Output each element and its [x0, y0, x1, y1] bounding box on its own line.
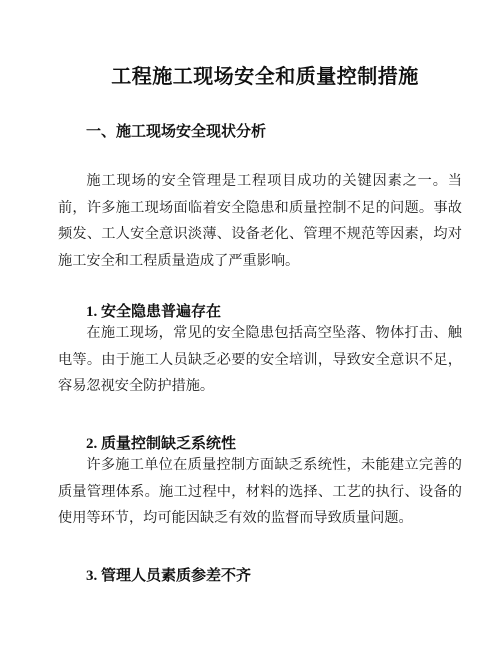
subsection-body-2: 许多施工单位在质量控制方面缺乏系统性，未能建立完善的质量管理体系。施工过程中，材… [58, 452, 462, 532]
subsection-heading-2: 2. 质量控制缺乏系统性 [86, 432, 236, 453]
document-page: 工程施工现场安全和质量控制措施 一、施工现场安全现状分析 施工现场的安全管理是工… [0, 0, 500, 647]
document-title: 工程施工现场安全和质量控制措施 [0, 60, 500, 89]
subsection-heading-3: 3. 管理人员素质参差不齐 [86, 564, 251, 585]
subsection-heading-1: 1. 安全隐患普遍存在 [86, 300, 221, 321]
section-heading: 一、施工现场安全现状分析 [86, 120, 266, 141]
subsection-body-1: 在施工现场，常见的安全隐患包括高空坠落、物体打击、触电等。由于施工人员缺乏必要的… [58, 320, 462, 400]
section-intro-paragraph: 施工现场的安全管理是工程项目成功的关键因素之一。当前，许多施工现场面临着安全隐患… [58, 168, 462, 274]
